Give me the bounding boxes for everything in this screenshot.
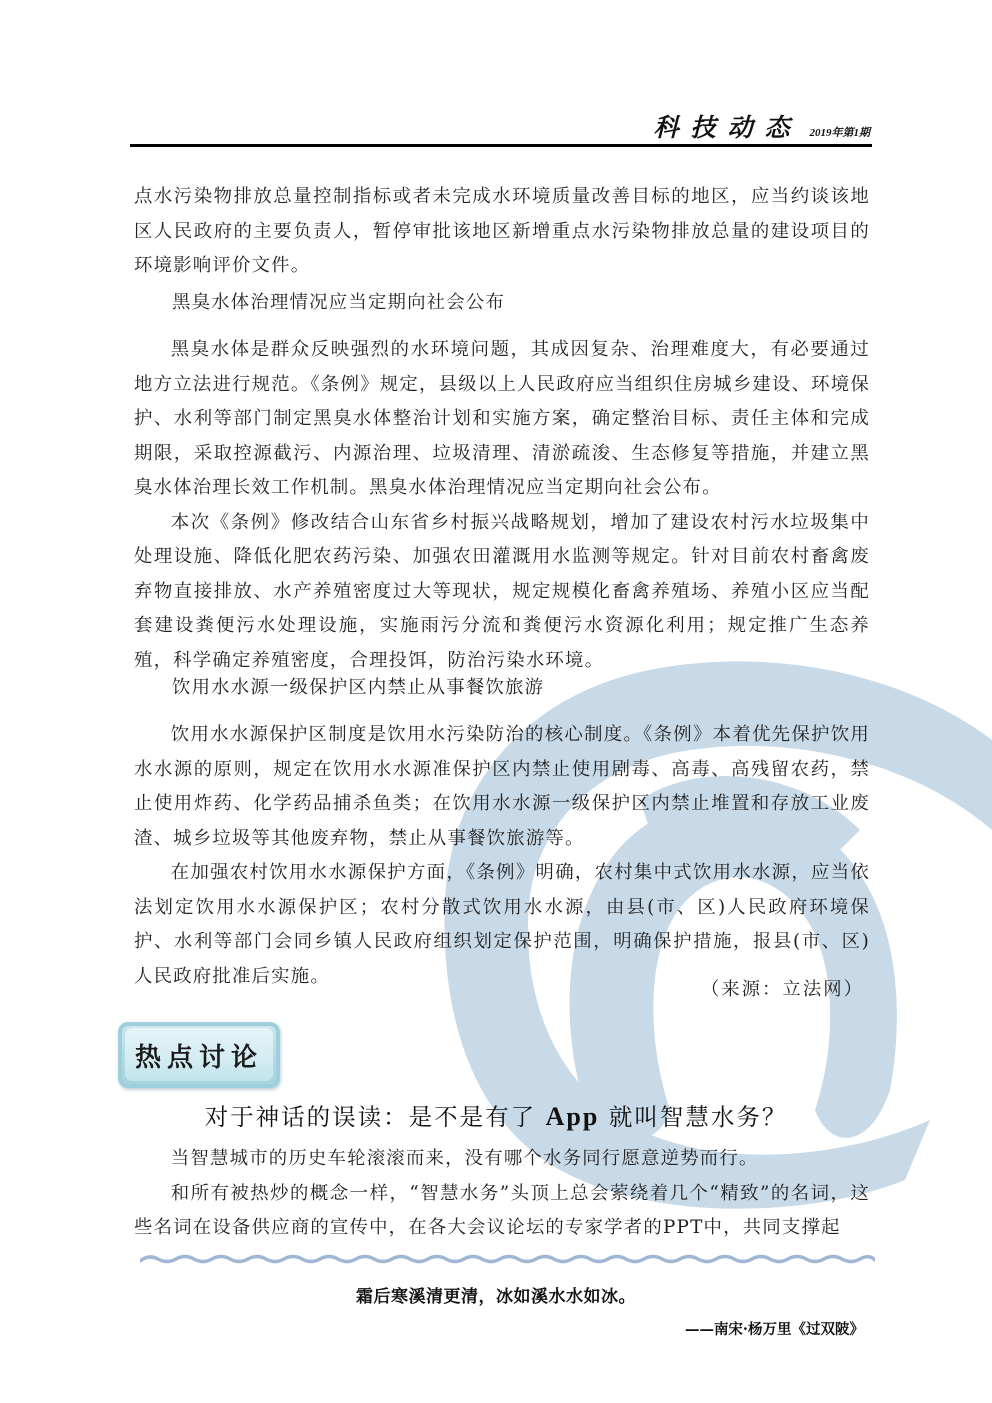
paragraph-text: 本次《条例》修改结合山东省乡村振兴战略规划，增加了建设农村污水垃圾集中处理设施、… <box>134 506 870 679</box>
header-rule <box>130 144 872 147</box>
subheading-drinking-water: 饮用水水源一级保护区内禁止从事餐饮旅游 <box>172 673 544 699</box>
article-title: 对于神话的误读：是不是有了 App 就叫智慧水务？ <box>0 1098 992 1132</box>
section-badge-hot-topics: 热点讨论 <box>118 1022 280 1088</box>
paragraph-text: 点水污染物排放总量控制指标或者未完成水环境质量改善目标的地区，应当约谈该地区人民… <box>134 180 870 284</box>
app-keyword: App <box>546 1102 600 1131</box>
paragraph-text: 在加强农村饮用水水源保护方面，《条例》明确，农村集中式饮用水水源，应当依法划定饮… <box>134 856 870 994</box>
badge-label: 热点讨论 <box>135 1037 263 1074</box>
subheading-black-odorous-water: 黑臭水体治理情况应当定期向社会公布 <box>172 288 505 314</box>
issue-number: 2019年第1期 <box>810 124 871 140</box>
paragraph-text: 当智慧城市的历史车轮滚滚而来，没有哪个水务同行愿意逆势而行。 <box>134 1142 870 1177</box>
poem-quote: 霜后寒溪清更清，冰如溪水水如冰。 <box>0 1282 992 1307</box>
document-page: 科技动态 2019年第1期 点水污染物排放总量控制指标或者未完成水环境质量改善目… <box>0 0 992 1403</box>
article-body: 当智慧城市的历史车轮滚滚而来，没有哪个水务同行愿意逆势而行。 和所有被热炒的概念… <box>134 1142 870 1246</box>
paragraph-drinking-water: 饮用水水源保护区制度是饮用水污染防治的核心制度。《条例》本着优先保护饮用水水源的… <box>134 718 870 994</box>
source-credit: （来源：立法网） <box>701 975 864 1001</box>
journal-title: 科技动态 <box>653 108 801 144</box>
paragraph-continued: 点水污染物排放总量控制指标或者未完成水环境质量改善目标的地区，应当约谈该地区人民… <box>134 180 870 284</box>
paragraph-black-odorous-water: 黑臭水体是群众反映强烈的水环境问题，其成因复杂、治理难度大，有必要通过地方立法进… <box>134 333 870 678</box>
wave-divider <box>140 1252 875 1266</box>
paragraph-text: 和所有被热炒的概念一样，“智慧水务”头顶上总会萦绕着几个“精致”的名词，这些名词… <box>134 1177 870 1246</box>
paragraph-text: 黑臭水体是群众反映强烈的水环境问题，其成因复杂、治理难度大，有必要通过地方立法进… <box>134 333 870 506</box>
paragraph-text: 饮用水水源保护区制度是饮用水污染防治的核心制度。《条例》本着优先保护饮用水水源的… <box>134 718 870 856</box>
running-header: 科技动态 2019年第1期 <box>653 108 870 144</box>
poem-attribution: ——南宋·杨万里《过双陂》 <box>685 1318 864 1339</box>
